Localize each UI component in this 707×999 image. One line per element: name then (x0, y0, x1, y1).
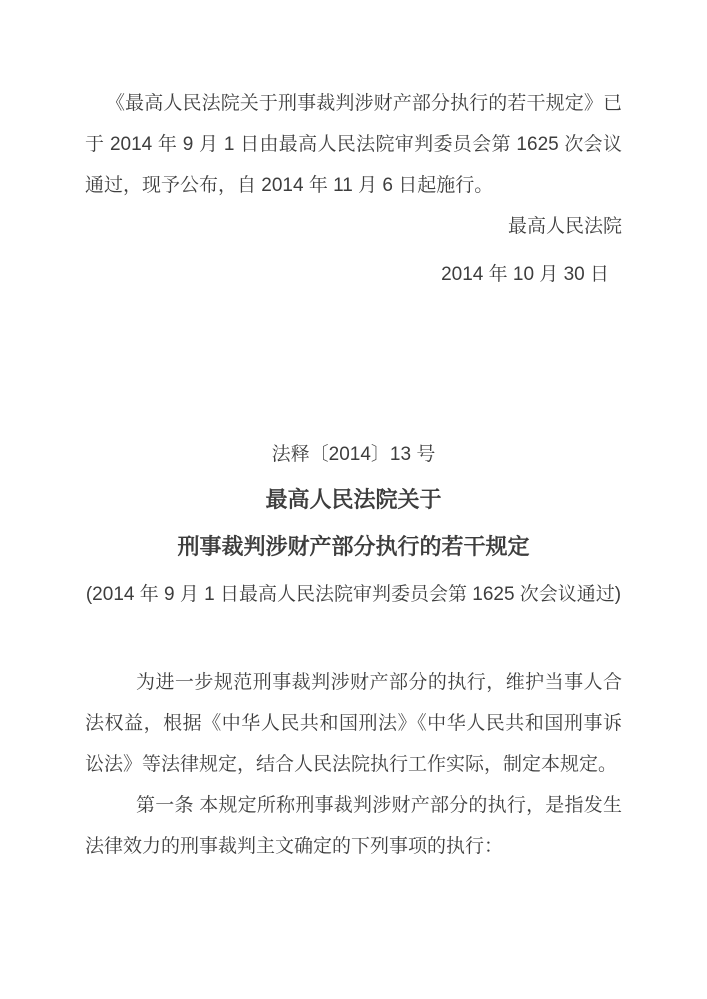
announcement-date: 2014 年 10 月 30 日 (85, 254, 622, 295)
article-1-paragraph: 第一条 本规定所称刑事裁判涉财产部分的执行，是指发生法律效力的刑事裁判主文确定的… (85, 785, 622, 867)
document-title-line-1: 最高人民法院关于 (85, 476, 622, 523)
document-title-line-2: 刑事裁判涉财产部分执行的若干规定 (85, 523, 622, 570)
preamble-paragraph: 为进一步规范刑事裁判涉财产部分的执行，维护当事人合法权益，根据《中华人民共和国刑… (85, 662, 622, 785)
issuer-line: 最高人民法院 (85, 206, 622, 247)
announcement-paragraph: 《最高人民法院关于刑事裁判涉财产部分执行的若干规定》已于 2014 年 9 月 … (85, 83, 622, 206)
doc-number: 法释〔2014〕13 号 (85, 433, 622, 476)
document-title: 最高人民法院关于 刑事裁判涉财产部分执行的若干规定 (85, 476, 622, 570)
document-page: 《最高人民法院关于刑事裁判涉财产部分执行的若干规定》已于 2014 年 9 月 … (0, 0, 707, 999)
document-subtitle: (2014 年 9 月 1 日最高人民法院审判委员会第 1625 次会议通过) (85, 575, 622, 615)
